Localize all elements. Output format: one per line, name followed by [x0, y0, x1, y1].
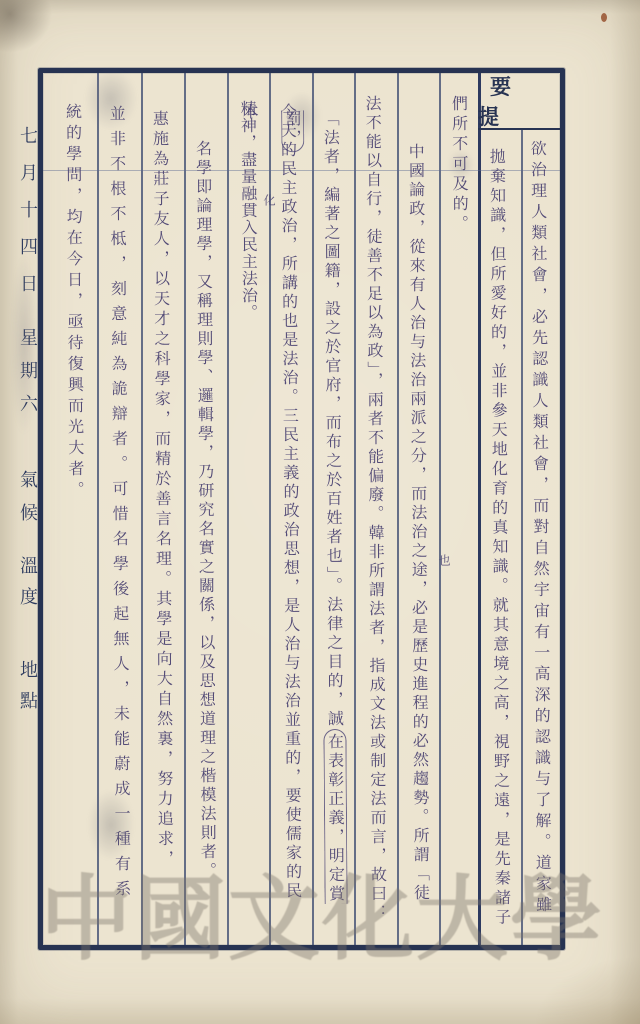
margin-location-label: 地點 — [13, 660, 41, 722]
summary-header-box: 要 提 — [478, 73, 560, 130]
handwriting-column: 今天的民主政治，所講的也是法治。三民主義的政治思想，是人治与法治並重的，要使儒家… — [268, 103, 312, 908]
margin-weather-label: 氣候 — [13, 470, 41, 536]
margin-date-label: 七月十四日 — [13, 126, 41, 311]
handwriting-column: 法不能以自行，徒善不足以為政」，兩者不能偏廢。韓非所謂法者，指成文法或制定法而言… — [353, 95, 397, 943]
summary-handwriting-column: 欲治理人類社會，必先認識人類社會，而對自然宇宙有一高深的認識与了解。道家雖 — [518, 140, 562, 945]
stain-mark — [601, 13, 607, 22]
handwriting-column: 並非不根不柢，刻意純為詭辯者。可惜名學後起無人，未能蔚成一種有系 — [97, 105, 141, 907]
handwriting-text: 「法者，編著之圖籍，設之於官府，而布之於百姓者也」。法律之目的，誠 — [321, 110, 344, 729]
handwriting-column: 名學即論理學，又稱理則學、邏輯學，乃研究名實之關係，以及思想道理之楷模法則者。 — [183, 140, 226, 888]
summary-header-title: 要 提 — [478, 71, 560, 131]
handwriting-column: 中國論政，從來有人治与法治兩派之分，而法治之途，必是歷史進程的必然趨勢。所謂「徒 — [396, 143, 440, 943]
margin-temperature-label: 溫度 — [13, 556, 41, 618]
scanned-diary-page: 七月十四日 星期六 氣候 溫度 地點 要 提 欲治理人類社會，必先認識人類社會，… — [0, 0, 640, 1024]
handwriting-column: 們所不可及的。 — [439, 95, 478, 260]
inserted-character: 化 — [261, 194, 278, 206]
inserted-character: 也 — [436, 554, 453, 566]
summary-handwriting-column: 拋棄知識，但所愛好的，並非參天地化育的真知識。就其意境之高，視野之遠，是先秦諸子 — [477, 148, 521, 948]
handwriting-column: 精神，盡量融貫入民主法治。 — [228, 100, 268, 345]
margin-weekday-label: 星期六 — [13, 328, 41, 427]
handwriting-column: 統的學問，均在今日，亟待復興而光大者。 — [53, 103, 94, 565]
handwriting-column: 惠施為莊子友人，以天才之科學家，而精於善言名理。其學是向大自然裏，努力追求， — [140, 110, 183, 882]
handwriting-column: 「法者，編著之圖籍，設之於官府，而布之於百姓者也」。法律之目的，誠在表彰正義，明… — [311, 110, 355, 945]
